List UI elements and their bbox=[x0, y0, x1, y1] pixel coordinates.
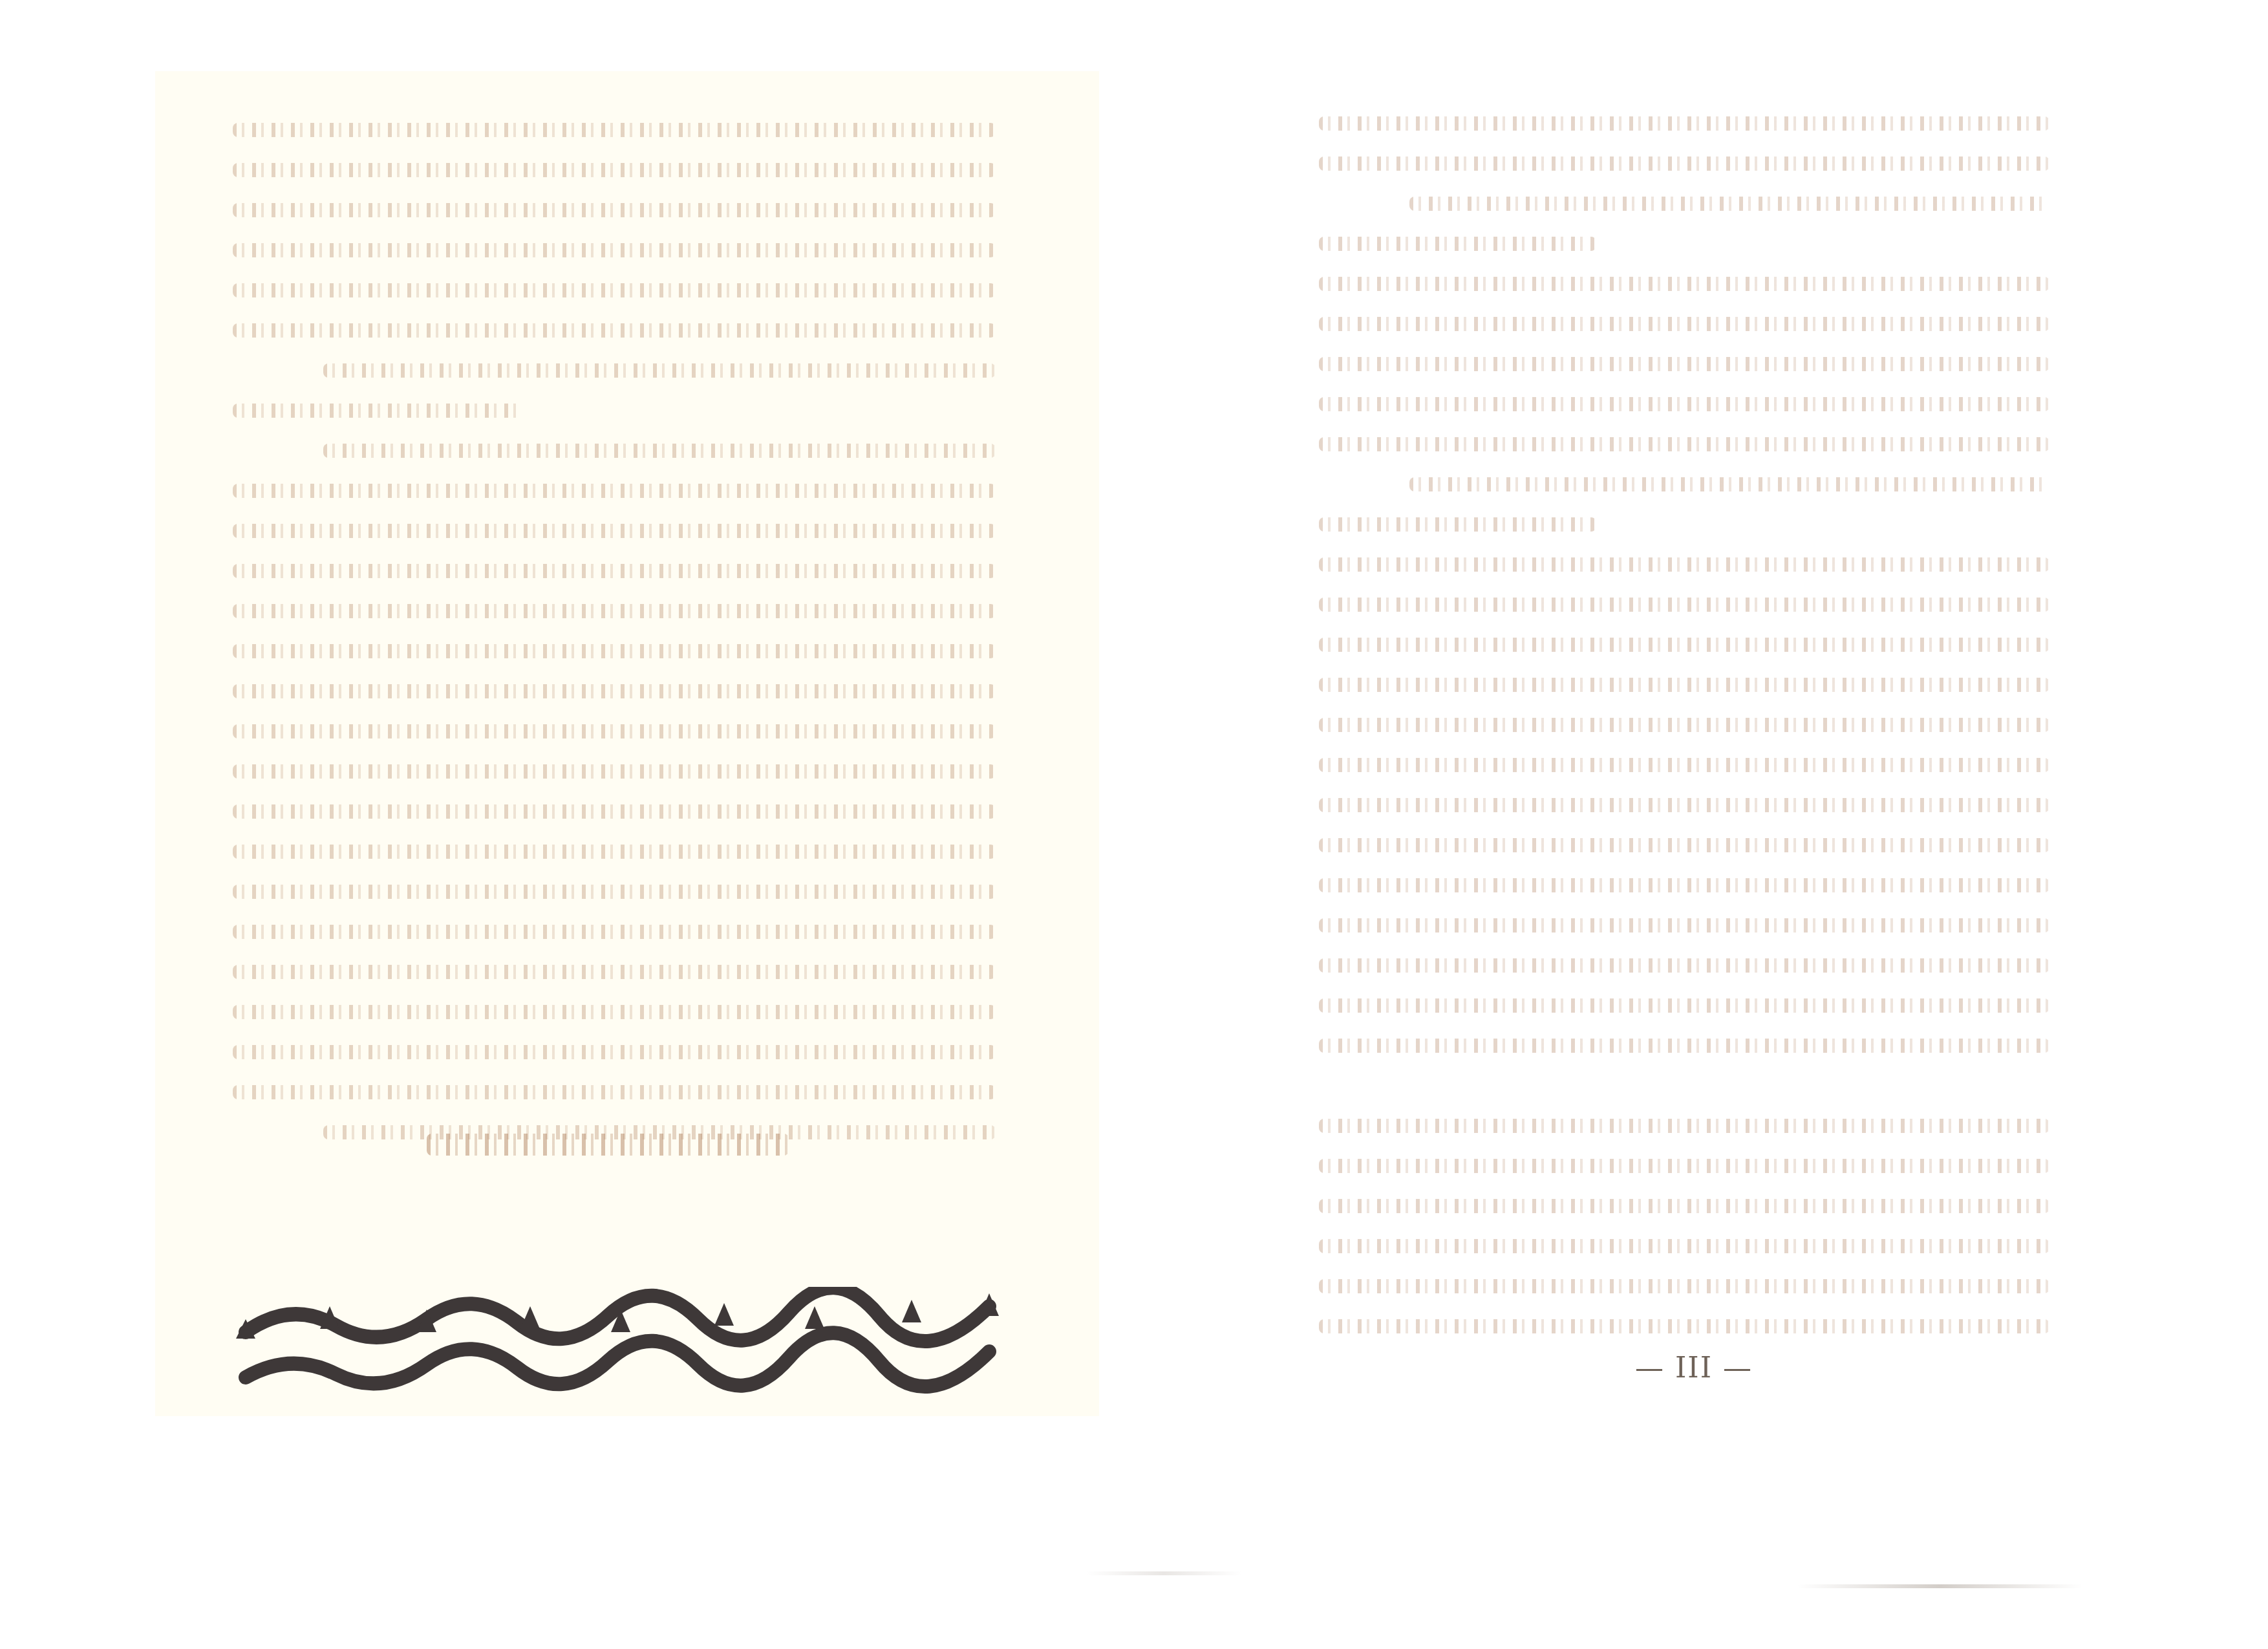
text-line bbox=[233, 310, 996, 350]
text-line bbox=[233, 952, 996, 992]
text-line bbox=[1319, 1106, 2049, 1146]
text-line bbox=[1319, 304, 2049, 344]
text-line bbox=[233, 1032, 996, 1072]
text-line bbox=[233, 751, 996, 792]
text-line bbox=[1319, 865, 2049, 905]
text-line bbox=[233, 350, 996, 391]
text-line bbox=[1319, 665, 2049, 705]
text-line bbox=[233, 511, 996, 551]
text-line bbox=[233, 471, 996, 511]
text-line bbox=[1319, 424, 2049, 464]
text-line bbox=[233, 711, 996, 751]
text-line bbox=[1319, 344, 2049, 384]
text-line bbox=[1319, 745, 2049, 785]
text-line bbox=[1319, 103, 2049, 144]
text-line bbox=[1319, 1146, 2049, 1186]
text-line bbox=[233, 150, 996, 190]
text-line bbox=[1319, 464, 2049, 504]
text-line bbox=[233, 551, 996, 591]
text-line bbox=[1319, 1226, 2049, 1266]
text-line bbox=[233, 631, 996, 671]
text-line bbox=[1319, 1266, 2049, 1306]
text-line bbox=[233, 872, 996, 912]
text-line bbox=[1319, 144, 2049, 184]
text-line bbox=[1319, 625, 2049, 665]
text-line bbox=[233, 230, 996, 270]
text-line bbox=[233, 912, 996, 952]
scan-artifact bbox=[1086, 1571, 1241, 1575]
text-line bbox=[1319, 1306, 2049, 1346]
text-line bbox=[233, 671, 996, 711]
text-line bbox=[1319, 1026, 2049, 1066]
text-line bbox=[1319, 945, 2049, 986]
text-line bbox=[233, 110, 996, 150]
page-number: — III — bbox=[1623, 1352, 1765, 1385]
text-line bbox=[233, 792, 996, 832]
text-line bbox=[1319, 905, 2049, 945]
text-line bbox=[1319, 384, 2049, 424]
text-line bbox=[1319, 785, 2049, 825]
text-line bbox=[1319, 1186, 2049, 1226]
text-line bbox=[1319, 705, 2049, 745]
signature bbox=[427, 1119, 789, 1170]
text-line bbox=[233, 992, 996, 1032]
text-line bbox=[1319, 585, 2049, 625]
text-line bbox=[1319, 825, 2049, 865]
text-line bbox=[1319, 504, 2049, 544]
text-line bbox=[233, 591, 996, 631]
text-line bbox=[1319, 264, 2049, 304]
text-line bbox=[1319, 184, 2049, 224]
text-line bbox=[233, 832, 996, 872]
text-line bbox=[233, 431, 996, 471]
text-line bbox=[233, 270, 996, 310]
wavy-ornament bbox=[233, 1287, 1002, 1403]
left-page-text bbox=[233, 110, 996, 1152]
right-page-text bbox=[1319, 103, 2049, 1346]
text-line bbox=[233, 1072, 996, 1112]
text-line bbox=[1319, 224, 2049, 264]
text-line bbox=[233, 391, 996, 431]
scan-artifact bbox=[1797, 1584, 2082, 1588]
text-line bbox=[1319, 986, 2049, 1026]
text-line bbox=[1319, 544, 2049, 585]
text-line bbox=[233, 190, 996, 230]
